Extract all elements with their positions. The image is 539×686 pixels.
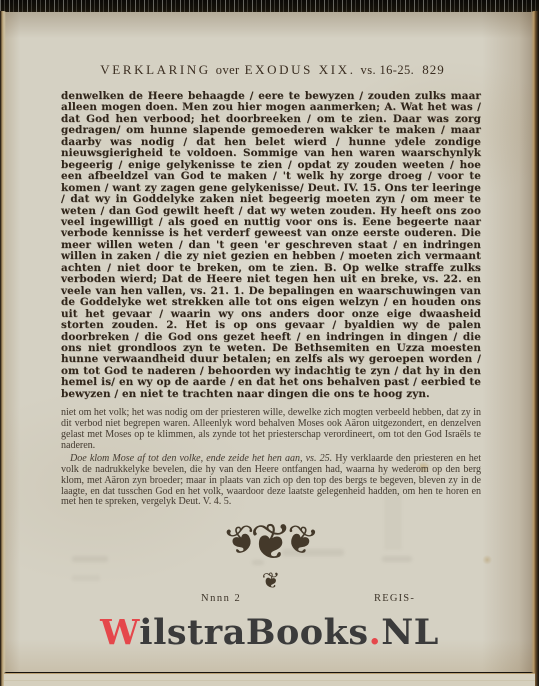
header-over: over [216, 63, 240, 77]
paragraph-blackletter: denwelken de Heere behaagde / eere te be… [61, 91, 481, 400]
watermark-initial: W [100, 612, 139, 653]
paragraph-mose-lead: Doe klom Mose af tot den volke, ende zei… [70, 453, 332, 464]
signature-line: Nnnn 2 REGIS- [61, 593, 481, 607]
show-through-smudge [384, 470, 402, 550]
show-through-smudge [72, 556, 108, 562]
header-verses: vs. 16-25. [361, 63, 415, 77]
header-book: EXODUS XIX. [245, 62, 356, 77]
watermark-tld: NL [381, 612, 439, 653]
book-photo: VERKLARINGoverEXODUS XIX.vs. 16-25.829 d… [0, 0, 539, 686]
show-through-smudge [382, 556, 412, 562]
watermark-body: ilstraBooks [139, 612, 368, 653]
catchword: REGIS- [374, 593, 415, 604]
show-through-smudge [72, 575, 100, 581]
page-number: 829 [422, 62, 445, 77]
show-through-smudge [252, 560, 264, 565]
paragraph-priests: niet om het volk; het was nodig om der p… [61, 408, 481, 452]
signature-mark: Nnnn 2 [201, 593, 241, 604]
running-header: VERKLARINGoverEXODUS XIX.vs. 16-25.829 [61, 62, 481, 78]
bookseller-watermark: WilstraBooks.NL [0, 613, 539, 653]
page-bottom-stack [4, 673, 535, 686]
page-right-edge [531, 11, 539, 686]
text-column: VERKLARINGoverEXODUS XIX.vs. 16-25.829 d… [61, 62, 481, 607]
fleuron-tail-icon: ❦ [262, 571, 280, 593]
book-page: VERKLARINGoverEXODUS XIX.vs. 16-25.829 d… [4, 12, 535, 672]
page-left-edge [0, 11, 6, 686]
paragraph-mose: Doe klom Mose af tot den volke, ende zei… [61, 454, 481, 509]
watermark-dot: . [369, 612, 382, 653]
header-title: VERKLARING [100, 62, 211, 77]
show-through-smudge [282, 549, 344, 556]
